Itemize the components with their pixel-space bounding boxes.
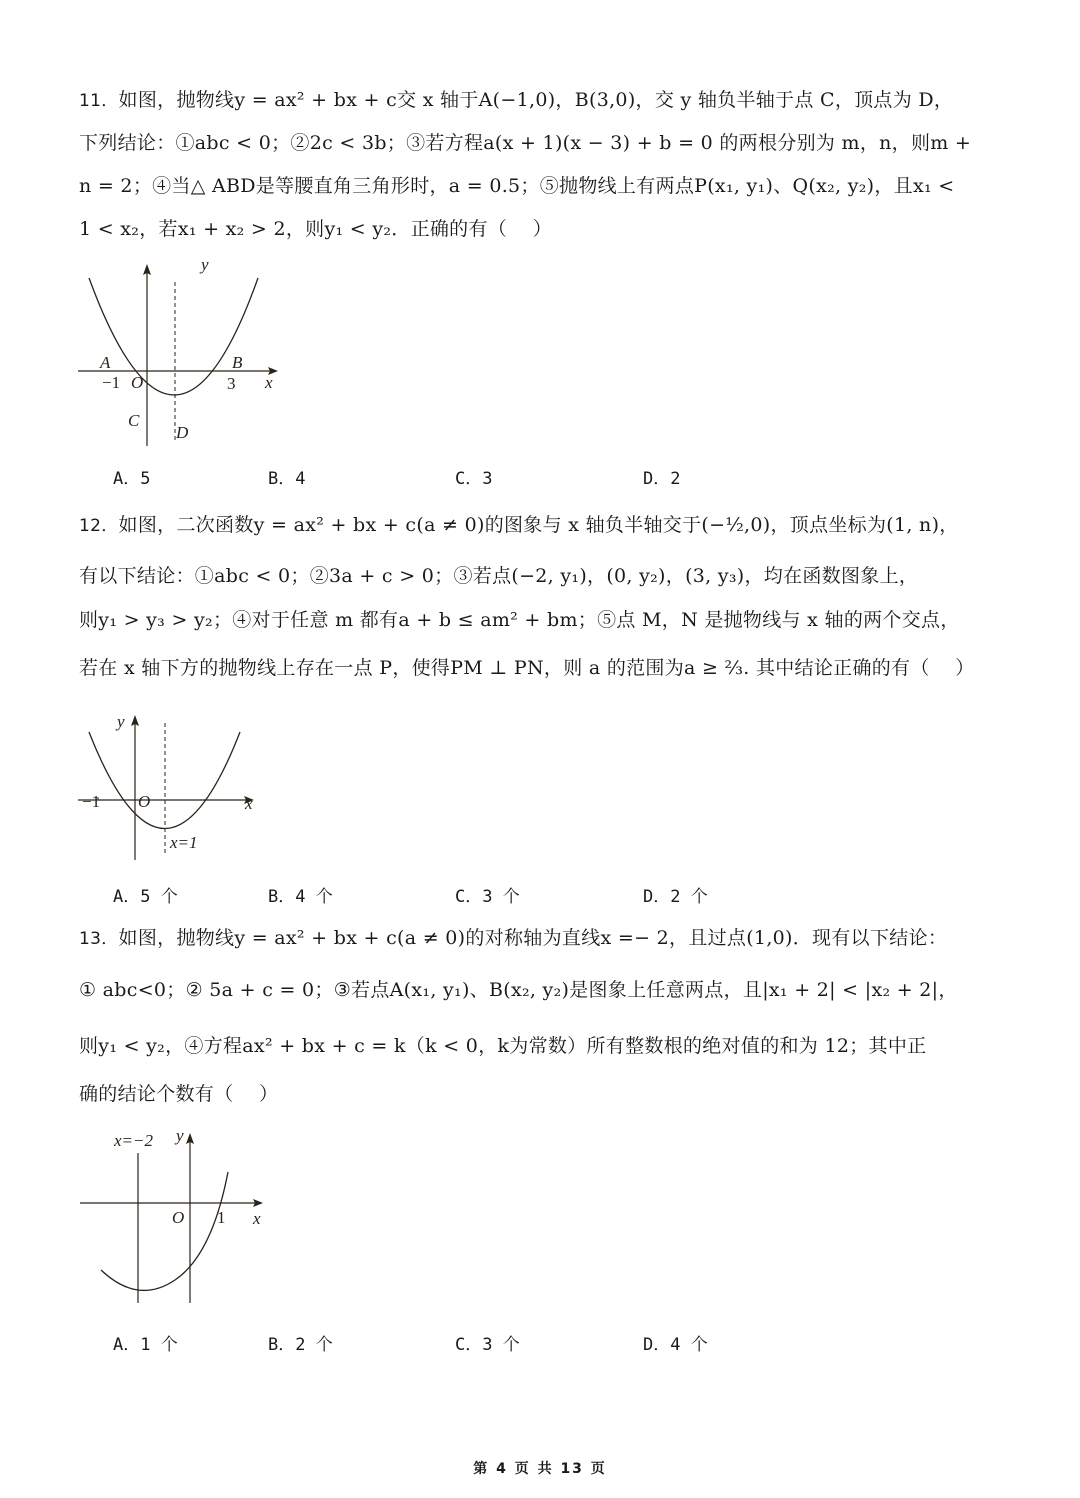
parabola-graph: y x O 1 x=−2: [70, 1120, 280, 1310]
question-12-options: A．5 个 B．4 个 C．3 个 D．2 个: [113, 882, 813, 912]
label-O: O: [138, 792, 150, 811]
question-number: 11．: [79, 91, 119, 111]
question-13-line-3: 则y₁ < y₂，④方程ax² + bx + c = k（k < 0，k为常数）…: [79, 1032, 1010, 1060]
label-y: y: [199, 255, 209, 274]
option-d[interactable]: D．4 个: [643, 1330, 708, 1355]
question-13-options: A．1 个 B．2 个 C．3 个 D．4 个: [113, 1330, 813, 1360]
question-text: 如图，抛物线y = ax² + bx + c(a ≠ 0)的对称轴为直线x =−…: [119, 927, 948, 949]
option-d[interactable]: D．2: [643, 464, 681, 489]
label-axis: x=−2: [113, 1131, 153, 1150]
option-c[interactable]: C．3 个: [455, 882, 520, 907]
option-a[interactable]: A．5: [113, 464, 151, 489]
label-neg1: −1: [82, 792, 100, 811]
option-a[interactable]: A．5 个: [113, 882, 178, 907]
label-A: A: [99, 353, 111, 372]
parabola-graph: y x A B C D O −1 3: [70, 250, 290, 450]
question-12-line-2: 有以下结论：①abc < 0；②3a + c > 0；③若点(−2, y₁)，(…: [79, 562, 1010, 590]
option-c[interactable]: C．3 个: [455, 1330, 520, 1355]
label-O: O: [131, 373, 143, 392]
question-text: 如图，二次函数y = ax² + bx + c(a ≠ 0)的图象与 x 轴负半…: [119, 514, 959, 536]
parabola-graph: y x O −1 x=1: [70, 705, 270, 865]
question-number: 13．: [79, 929, 119, 949]
label-neg1: −1: [102, 373, 120, 392]
question-12-figure: y x O −1 x=1: [70, 705, 270, 869]
question-text: 如图，抛物线y = ax² + bx + c交 x 轴于A(−1,0)，B(3,…: [119, 89, 954, 111]
label-y: y: [174, 1126, 184, 1145]
question-number: 12．: [79, 516, 119, 536]
question-13-line-4: 确的结论个数有（ ）: [79, 1080, 1010, 1108]
label-B: B: [232, 353, 243, 372]
question-11-line-3: n = 2；④当△ ABD是等腰直角三角形时，a = 0.5；⑤抛物线上有两点P…: [79, 172, 1010, 200]
option-b[interactable]: B．4 个: [268, 882, 333, 907]
option-a[interactable]: A．1 个: [113, 1330, 178, 1355]
question-11-line-1: 11．如图，抛物线y = ax² + bx + c交 x 轴于A(−1,0)，B…: [79, 86, 1010, 115]
option-b[interactable]: B．2 个: [268, 1330, 333, 1355]
question-13-line-2: ① abc<0；② 5a + c = 0；③若点A(x₁, y₁)、B(x₂, …: [79, 976, 1010, 1004]
page-footer: 第 4 页 共 13 页: [0, 1458, 1080, 1478]
parabola-curve: [101, 1172, 228, 1290]
question-12-line-3: 则y₁ > y₃ > y₂；④对于任意 m 都有a + b ≤ am² + bm…: [79, 606, 1010, 634]
question-11-line-2: 下列结论：①abc < 0；②2c < 3b；③若方程a(x + 1)(x − …: [79, 129, 1010, 157]
option-d[interactable]: D．2 个: [643, 882, 708, 907]
label-y: y: [115, 712, 125, 731]
question-12-line-1: 12．如图，二次函数y = ax² + bx + c(a ≠ 0)的图象与 x …: [79, 511, 1010, 540]
label-x: x: [252, 1209, 261, 1228]
label-1: 1: [217, 1208, 226, 1227]
label-C: C: [128, 411, 140, 430]
label-x: x: [264, 373, 273, 392]
question-11-options: A．5 B．4 C．3 D．2: [113, 464, 813, 494]
question-13-figure: y x O 1 x=−2: [70, 1120, 280, 1314]
question-13-line-1: 13．如图，抛物线y = ax² + bx + c(a ≠ 0)的对称轴为直线x…: [79, 924, 1010, 953]
option-b[interactable]: B．4: [268, 464, 306, 489]
question-11-line-4: 1 < x₂，若x₁ + x₂ > 2，则y₁ < y₂．正确的有（ ）: [79, 215, 1010, 243]
option-c[interactable]: C．3: [455, 464, 493, 489]
label-D: D: [175, 423, 189, 442]
label-O: O: [172, 1208, 184, 1227]
label-3: 3: [227, 374, 236, 393]
question-12-line-4: 若在 x 轴下方的抛物线上存在一点 P，使得PM ⊥ PN，则 a 的范围为a …: [79, 654, 1010, 682]
label-x: x: [244, 794, 253, 813]
label-axis: x=1: [169, 833, 198, 852]
question-11-figure: y x A B C D O −1 3: [70, 250, 290, 454]
